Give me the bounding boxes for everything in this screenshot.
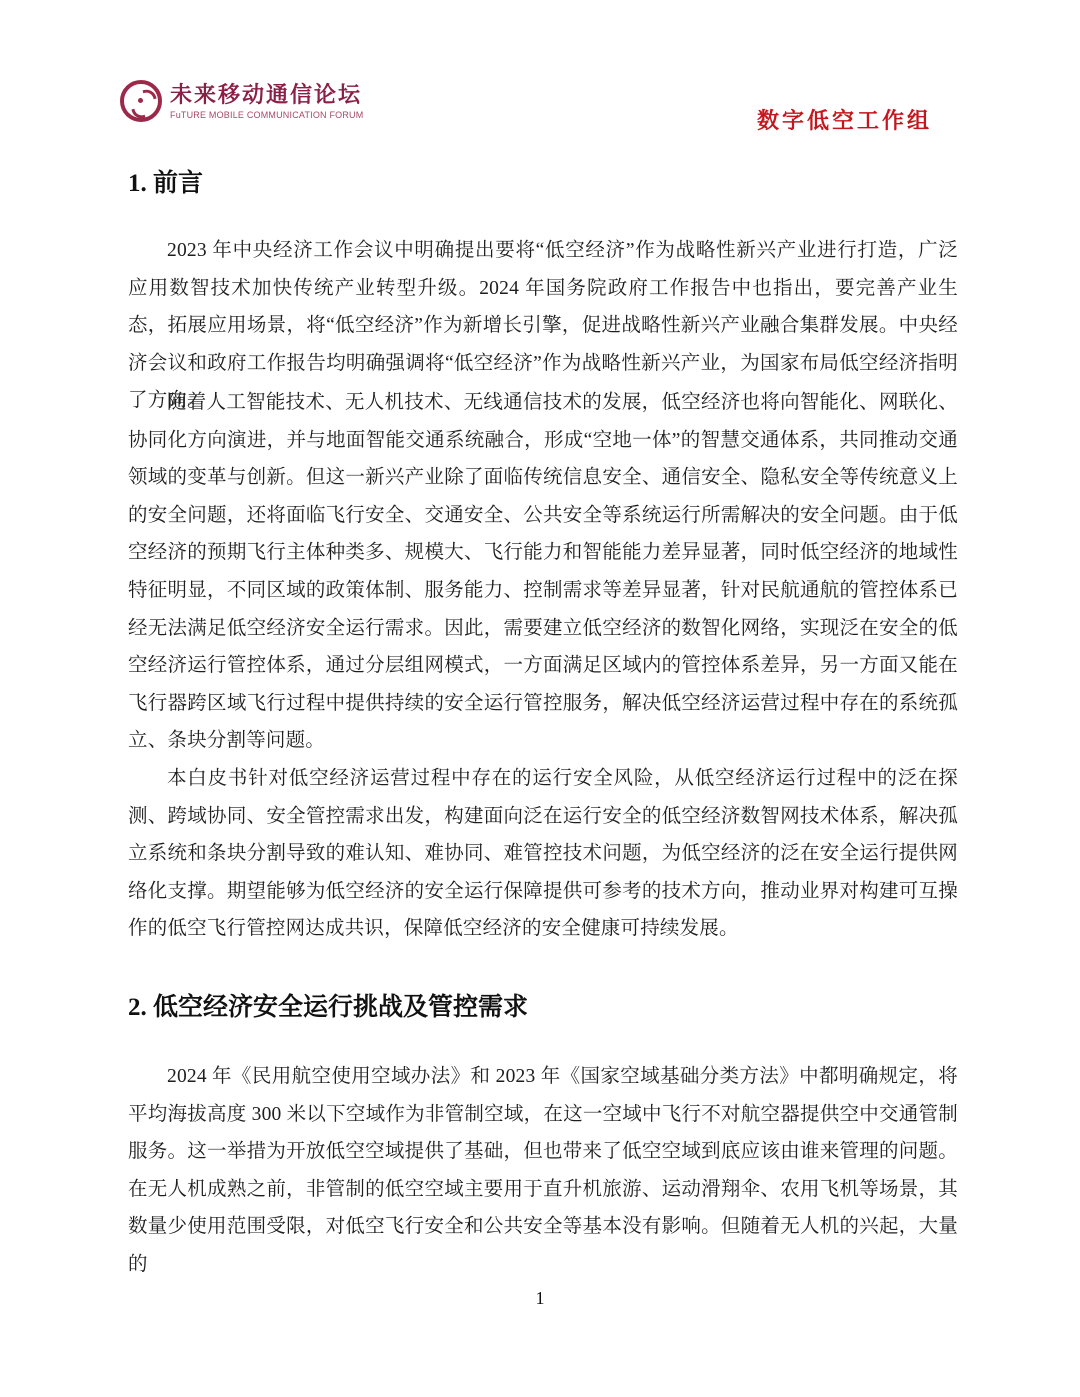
page-number: 1 [0, 1288, 1080, 1309]
challenges-paragraph-1: 2024 年《民用航空使用空域办法》和 2023 年《国家空域基础分类方法》中都… [128, 1058, 958, 1284]
preface-paragraph-3: 本白皮书针对低空经济运营过程中存在的运行安全风险，从低空经济运行过程中的泛在探测… [128, 760, 958, 948]
preface-paragraph-2: 随着人工智能技术、无人机技术、无线通信技术的发展，低空经济也将向智能化、网联化、… [128, 384, 958, 760]
logo-name-cn: 未来移动通信论坛 [170, 83, 363, 109]
working-group-title: 数字低空工作组 [757, 104, 932, 135]
section-heading-challenges: 2. 低空经济安全运行挑战及管控需求 [128, 987, 528, 1023]
logo-name-en: FuTURE MOBILE COMMUNICATION FORUM [170, 110, 363, 120]
forum-logo: 未来移动通信论坛 FuTURE MOBILE COMMUNICATION FOR… [120, 80, 363, 122]
forum-swirl-logo-icon [120, 80, 162, 122]
section-heading-preface: 1. 前言 [128, 163, 203, 199]
logo-text: 未来移动通信论坛 FuTURE MOBILE COMMUNICATION FOR… [170, 83, 363, 120]
